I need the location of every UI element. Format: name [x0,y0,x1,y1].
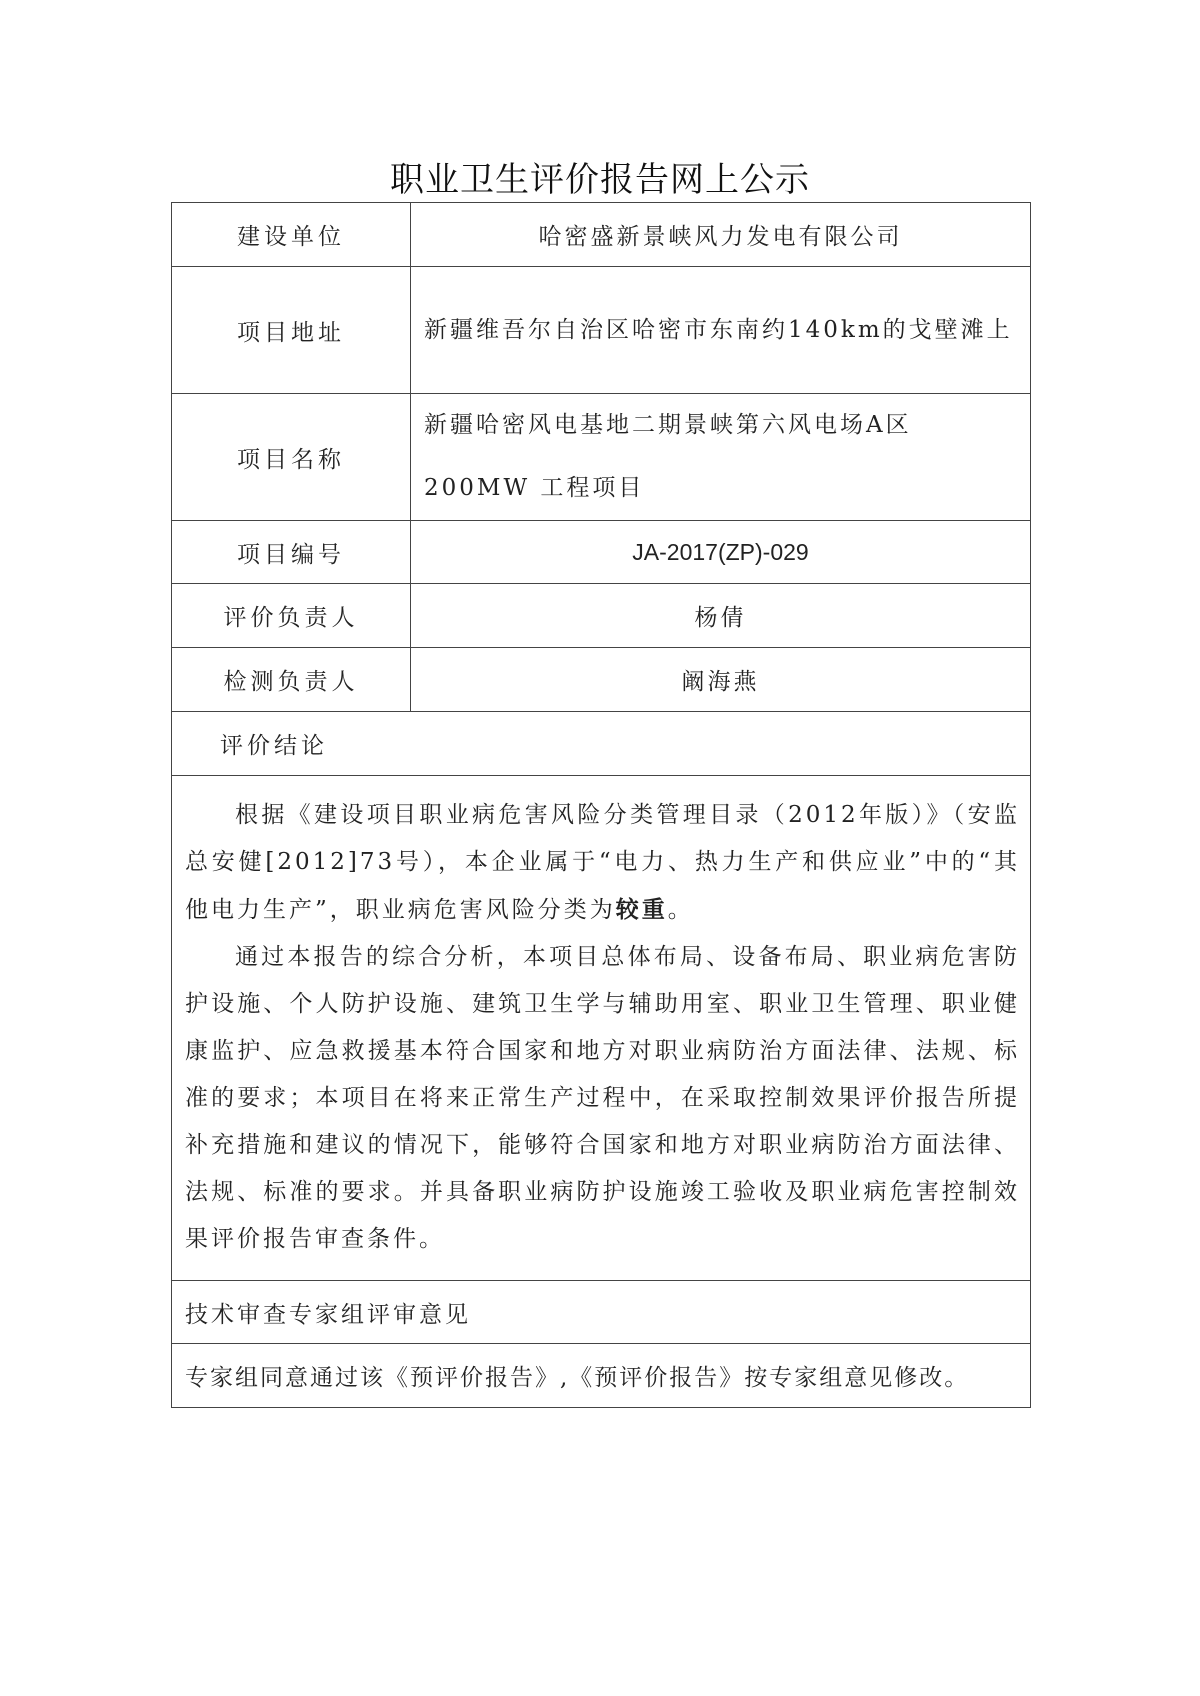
label-construction-unit: 建设单位 [172,203,411,267]
project-name-line1: 新疆哈密风电基地二期景峡第六风电场A区 [424,394,1022,457]
value-construction-unit: 哈密盛新景峡风力发电有限公司 [411,203,1031,267]
risk-level-emphasis: 较重 [616,896,668,923]
label-project-name: 项目名称 [172,394,411,521]
label-project-number: 项目编号 [172,521,411,584]
label-evaluation-lead: 评价负责人 [172,584,411,648]
value-project-number: JA-2017(ZP)-029 [411,521,1031,584]
row-project-name: 项目名称 新疆哈密风电基地二期景峡第六风电场A区 200MW 工程项目 [172,394,1031,521]
row-conclusion-body: 根据《建设项目职业病危害风险分类管理目录（2012年版）》（安监总安健[2012… [172,776,1031,1281]
row-conclusion-label: 评价结论 [172,712,1031,776]
row-evaluation-lead: 评价负责人 杨倩 [172,584,1031,648]
label-expert-review: 技术审查专家组评审意见 [172,1281,1031,1344]
conclusion-p1-end: 。 [668,897,694,923]
value-testing-lead: 阚海燕 [411,648,1031,712]
label-conclusion: 评价结论 [172,712,1031,776]
row-testing-lead: 检测负责人 阚海燕 [172,648,1031,712]
label-testing-lead: 检测负责人 [172,648,411,712]
conclusion-paragraph-1: 根据《建设项目职业病危害风险分类管理目录（2012年版）》（安监总安健[2012… [185,792,1020,934]
conclusion-paragraph-2: 通过本报告的综合分析，本项目总体布局、设备布局、职业病危害防护设施、个人防护设施… [185,934,1020,1263]
row-construction-unit: 建设单位 哈密盛新景峡风力发电有限公司 [172,203,1031,267]
value-evaluation-lead: 杨倩 [411,584,1031,648]
row-project-number: 项目编号 JA-2017(ZP)-029 [172,521,1031,584]
value-project-name: 新疆哈密风电基地二期景峡第六风电场A区 200MW 工程项目 [411,394,1031,521]
conclusion-p1-text: 根据《建设项目职业病危害风险分类管理目录（2012年版）》（安监总安健[2012… [185,802,1020,923]
row-expert-opinion: 专家组同意通过该《预评价报告》,《预评价报告》按专家组意见修改。 [172,1344,1031,1408]
page-title: 职业卫生评价报告网上公示 [0,152,1200,201]
row-project-address: 项目地址 新疆维吾尔自治区哈密市东南约140km的戈壁滩上 [172,267,1031,394]
row-expert-review-label: 技术审查专家组评审意见 [172,1281,1031,1344]
expert-opinion-text: 专家组同意通过该《预评价报告》,《预评价报告》按专家组意见修改。 [172,1344,1031,1408]
conclusion-body: 根据《建设项目职业病危害风险分类管理目录（2012年版）》（安监总安健[2012… [172,776,1031,1281]
disclosure-table: 建设单位 哈密盛新景峡风力发电有限公司 项目地址 新疆维吾尔自治区哈密市东南约1… [171,202,1031,1408]
project-name-line2: 200MW 工程项目 [424,457,1022,520]
project-number-text: JA-2017(ZP)-029 [632,539,808,565]
label-project-address: 项目地址 [172,267,411,394]
value-project-address: 新疆维吾尔自治区哈密市东南约140km的戈壁滩上 [411,267,1031,394]
